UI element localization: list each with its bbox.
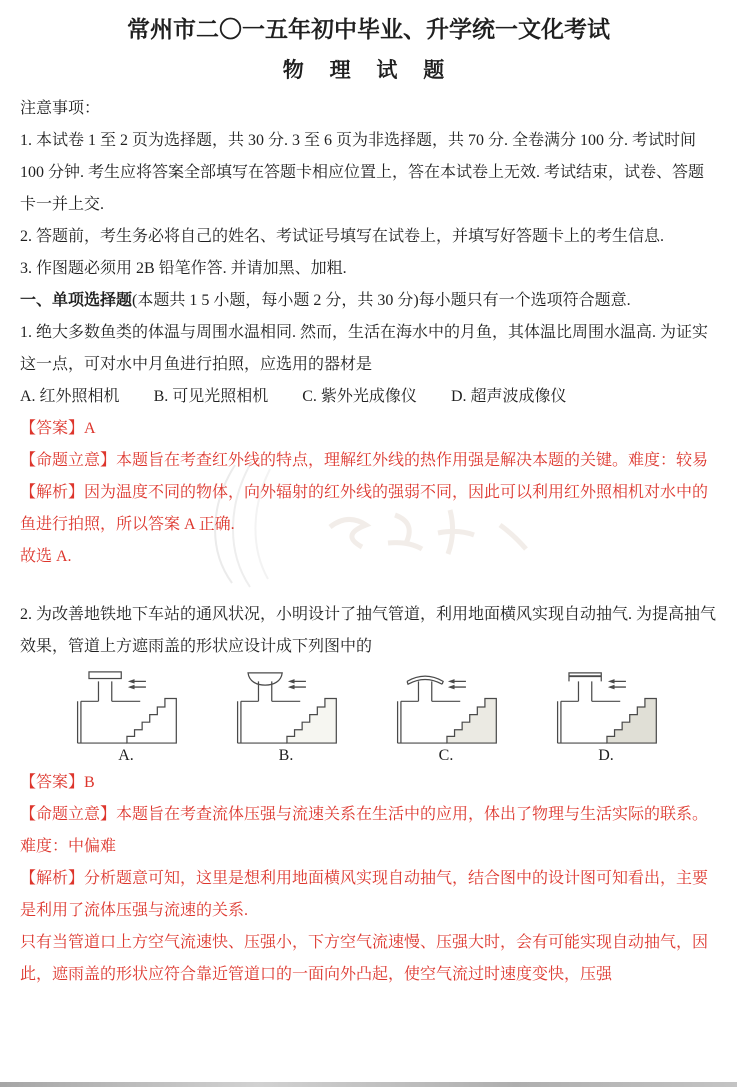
exam-document: 常州市二〇一五年初中毕业、升学统一文化考试 物 理 试 题 注意事项： 1. 本… bbox=[0, 0, 737, 991]
wind-arrows bbox=[288, 679, 295, 689]
figure-label-d: D. bbox=[550, 747, 662, 765]
flat-channel-cover bbox=[569, 673, 601, 682]
notice-heading: 注意事项： bbox=[20, 93, 717, 125]
q1-intent: 【命题立意】本题旨在考查红外线的特点，理解红外线的热作用强是解决本题的关键。难度… bbox=[20, 445, 717, 477]
arched-up-cover bbox=[407, 676, 443, 684]
q1-answer: 【答案】A bbox=[20, 413, 717, 445]
staircase bbox=[127, 698, 176, 743]
wind-arrows bbox=[608, 679, 615, 689]
section-heading-bold: 一、单项选择题 bbox=[20, 292, 132, 309]
q2-analysis-1: 【解析】分析题意可知，这里是想利用地面横风实现自动抽气，结合图中的设计图可知看出… bbox=[20, 863, 717, 927]
question-2-block: 2. 为改善地铁地下车站的通风状况，小明设计了抽气管道，利用地面横风实现自动抽气… bbox=[20, 599, 717, 991]
figure-option-c: C. bbox=[390, 667, 502, 765]
flat-top-convex-bottom-cover bbox=[248, 673, 282, 685]
station-diagram-a bbox=[70, 667, 182, 747]
q2-analysis-2: 只有当管道口上方空气流速快、压强小，下方空气流速慢、压强大时，会有可能实现自动抽… bbox=[20, 927, 717, 991]
station-diagram-c bbox=[390, 667, 502, 747]
staircase bbox=[607, 698, 656, 743]
section-heading-rest: (本题共 1 5 小题，每小题 2 分，共 30 分)每小题只有一个选项符合题意… bbox=[132, 292, 631, 309]
question-2-text: 2. 为改善地铁地下车站的通风状况，小明设计了抽气管道，利用地面横风实现自动抽气… bbox=[20, 599, 717, 663]
section-heading: 一、单项选择题(本题共 1 5 小题，每小题 2 分，共 30 分)每小题只有一… bbox=[20, 285, 717, 317]
page-title: 常州市二〇一五年初中毕业、升学统一文化考试 bbox=[20, 14, 717, 44]
wind-arrows bbox=[128, 679, 135, 689]
q2-intent: 【命题立意】本题旨在考查流体压强与流速关系在生活中的应用，体出了物理与生活实际的… bbox=[20, 799, 717, 863]
station-diagram-b bbox=[230, 667, 342, 747]
notice-item-3: 3. 作图题必须用 2B 铅笔作答. 并请加黑、加粗. bbox=[20, 253, 717, 285]
figure-option-b: B. bbox=[230, 667, 342, 765]
notice-item-2: 2. 答题前，考生务必将自己的姓名、考试证号填写在试卷上，并填写好答题卡上的考生… bbox=[20, 221, 717, 253]
flat-slab-cover bbox=[89, 672, 121, 679]
option-a: A. 红外照相机 bbox=[20, 381, 120, 413]
question-2-figures: A. bbox=[70, 667, 717, 765]
figure-label-a: A. bbox=[70, 747, 182, 765]
notice-item-1: 1. 本试卷 1 至 2 页为选择题，共 30 分. 3 至 6 页为非选择题，… bbox=[20, 125, 717, 221]
figure-option-d: D. bbox=[550, 667, 662, 765]
page-subtitle: 物 理 试 题 bbox=[20, 57, 717, 85]
question-1-text: 1. 绝大多数鱼类的体温与周围水温相同. 然而，生活在海水中的月鱼，其体温比周围… bbox=[20, 317, 717, 381]
wind-arrows bbox=[448, 679, 455, 689]
staircase bbox=[447, 698, 496, 743]
q1-conclusion: 故选 A. bbox=[20, 541, 717, 573]
question-1-options: A. 红外照相机 B. 可见光照相机 C. 紫外光成像仪 D. 超声波成像仪 bbox=[20, 381, 717, 413]
q2-answer: 【答案】B bbox=[20, 767, 717, 799]
figure-label-c: C. bbox=[390, 747, 502, 765]
option-c: C. 紫外光成像仪 bbox=[302, 381, 417, 413]
option-d: D. 超声波成像仪 bbox=[451, 381, 567, 413]
figure-option-a: A. bbox=[70, 667, 182, 765]
option-b: B. 可见光照相机 bbox=[154, 381, 269, 413]
staircase bbox=[287, 698, 336, 743]
figure-label-b: B. bbox=[230, 747, 342, 765]
q1-analysis: 【解析】因为温度不同的物体，向外辐射的红外线的强弱不同，因此可以利用红外照相机对… bbox=[20, 477, 717, 541]
station-diagram-d bbox=[550, 667, 662, 747]
scan-edge-artifact bbox=[0, 1082, 737, 1087]
